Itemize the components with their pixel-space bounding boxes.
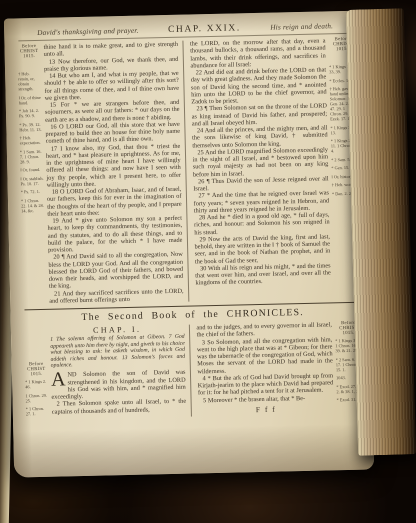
- verse-paragraph: 24 And all the princes, and the mighty m…: [192, 124, 328, 149]
- drop-cap: A: [51, 372, 68, 389]
- chapter-header: CHAP. XXIX.: [168, 23, 241, 35]
- upper-section: Before CHRIST 1015. † Heb. retain, or, o…: [17, 37, 361, 306]
- margin-note-list: * 1 Kings 2. 46.1 Chron. 29. 25.* 1 Chro…: [25, 379, 49, 417]
- verse-paragraph: 30 With all his reign and his might, * a…: [195, 262, 331, 287]
- verse-paragraph: 25 And the LORD magnified Solomon exceed…: [192, 146, 328, 178]
- margin-note: * 1 Chron. 22. 14. & 28. 14, &c.: [21, 197, 44, 213]
- verse-paragraph: 28 And he * died in a good old age, * fu…: [194, 211, 330, 236]
- chapter-summary: 1 The solemn offering of Solomon at Gibe…: [50, 334, 185, 370]
- verse-paragraph: 29 Now the acts of David the king, first…: [194, 233, 330, 265]
- verse-paragraph: 3 So Solomon, and all the congregation w…: [197, 336, 333, 375]
- before-christ-year: 1015.: [18, 54, 41, 60]
- verse-paragraph: 21 And they sacrificed sacrifices unto t…: [49, 287, 184, 305]
- margin-note: * 1 Kings 2. 46.: [25, 379, 48, 390]
- verse-paragraph: 15 For * we are strangers before thee, a…: [45, 99, 180, 124]
- margin-note: * Ps. 39. 12. Hebr. 11. 13.: [19, 121, 42, 132]
- margin-note-list: † Heb. retain, or, obtain strength.‖ Or,…: [18, 71, 44, 213]
- verse-paragraph: 2 Then Solomon spake unto all Israel, to…: [52, 398, 187, 416]
- verse-list: 13 Now therefore, our God, we thank thee…: [44, 55, 184, 304]
- verse-paragraph: 27 * And the time that he reigned over I…: [193, 190, 329, 215]
- verse-text: ND Solomon the son of David was strength…: [51, 369, 185, 401]
- verse-list: 2 Then Solomon spake unto all Israel, to…: [52, 398, 187, 416]
- book-fore-edge: [346, 8, 416, 455]
- verse-paragraph: 22 And did eat and drink before the LORD…: [191, 66, 327, 105]
- verse-paragraph: 23 ¶ Then Solomon sat on the throne of t…: [191, 103, 327, 128]
- text-column-right-lower: and to the judges, and to every governor…: [192, 321, 334, 416]
- text-column-left-lower: CHAP. I. 1 The solemn offering of Solomo…: [50, 325, 192, 420]
- text-column-right: the LORD, on the morrow after that day, …: [186, 37, 331, 301]
- verse-paragraph: 4 * But the ark of God had David brought…: [198, 372, 334, 397]
- verse-paragraph: 16 O LORD our God, all this store that w…: [45, 121, 180, 146]
- verse-paragraph: 17 I know also, my God, that thou * trie…: [46, 142, 181, 189]
- before-christ-label: Before CHRIST: [25, 362, 48, 373]
- margin-note: † Heb. expectation.: [20, 135, 43, 146]
- margin-note: * Ps. 72. 1.: [21, 189, 44, 195]
- verse-paragraph: the LORD, on the morrow after that day, …: [190, 37, 326, 69]
- margin-note: 1 Chron. 29. 25.: [25, 392, 48, 403]
- margin-note: * 1 Chron. 27. 1.: [26, 406, 49, 417]
- margin-note: ‖ Or, found.: [20, 167, 43, 173]
- verse-paragraph: 20 ¶ And David said to all the congregat…: [48, 251, 183, 290]
- verse-list: 22 And did eat and drink before the LORD…: [191, 66, 331, 287]
- margin-note: ‖ Or, stablish. Ps. 10. 17.: [20, 175, 43, 186]
- running-title-left: David's thanksgiving and prayer.: [37, 27, 139, 37]
- opening-verse: AND Solomon the son of David was strengt…: [51, 369, 186, 401]
- margin-notes-left-upper: Before CHRIST 1015. † Heb. retain, or, o…: [17, 44, 46, 305]
- margin-note: * Job 14. 2. Ps. 90. 9.: [19, 108, 42, 119]
- verse-paragraph: 19 And * give unto Solomon my son a perf…: [47, 215, 182, 254]
- margin-notes-left-lower: Before CHRIST 1015. * 1 Kings 2. 46.1 Ch…: [24, 328, 49, 420]
- photo-background: David's thanksgiving and prayer. CHAP. X…: [0, 0, 416, 523]
- text-column-left: thine hand it is to make great, and to g…: [43, 41, 188, 305]
- margin-note: * 1 Sam. 16. 7. 1 Chron. 28. 9.: [20, 148, 43, 164]
- lower-section: Before CHRIST 1015. * 1 Kings 2. 46.1 Ch…: [24, 321, 364, 420]
- margin-note: ‖ Or, of thine hand.: [19, 94, 42, 105]
- verse-paragraph: 18 O LORD God of Abraham, Isaac, and of …: [47, 186, 182, 218]
- signature-mark: F f f: [198, 404, 334, 414]
- verse-list: 3 So Solomon, and all the congregation w…: [197, 336, 334, 404]
- running-title-right: His reign and death.: [270, 22, 333, 31]
- before-christ-label: Before CHRIST: [17, 44, 40, 55]
- before-christ-year: 1015.: [25, 372, 48, 378]
- margin-note: † Heb. retain, or, obtain strength.: [18, 71, 41, 92]
- verse-paragraph: 14 But who am I, and what is my people, …: [44, 70, 179, 102]
- bible-page: David's thanksgiving and prayer. CHAP. X…: [4, 11, 374, 478]
